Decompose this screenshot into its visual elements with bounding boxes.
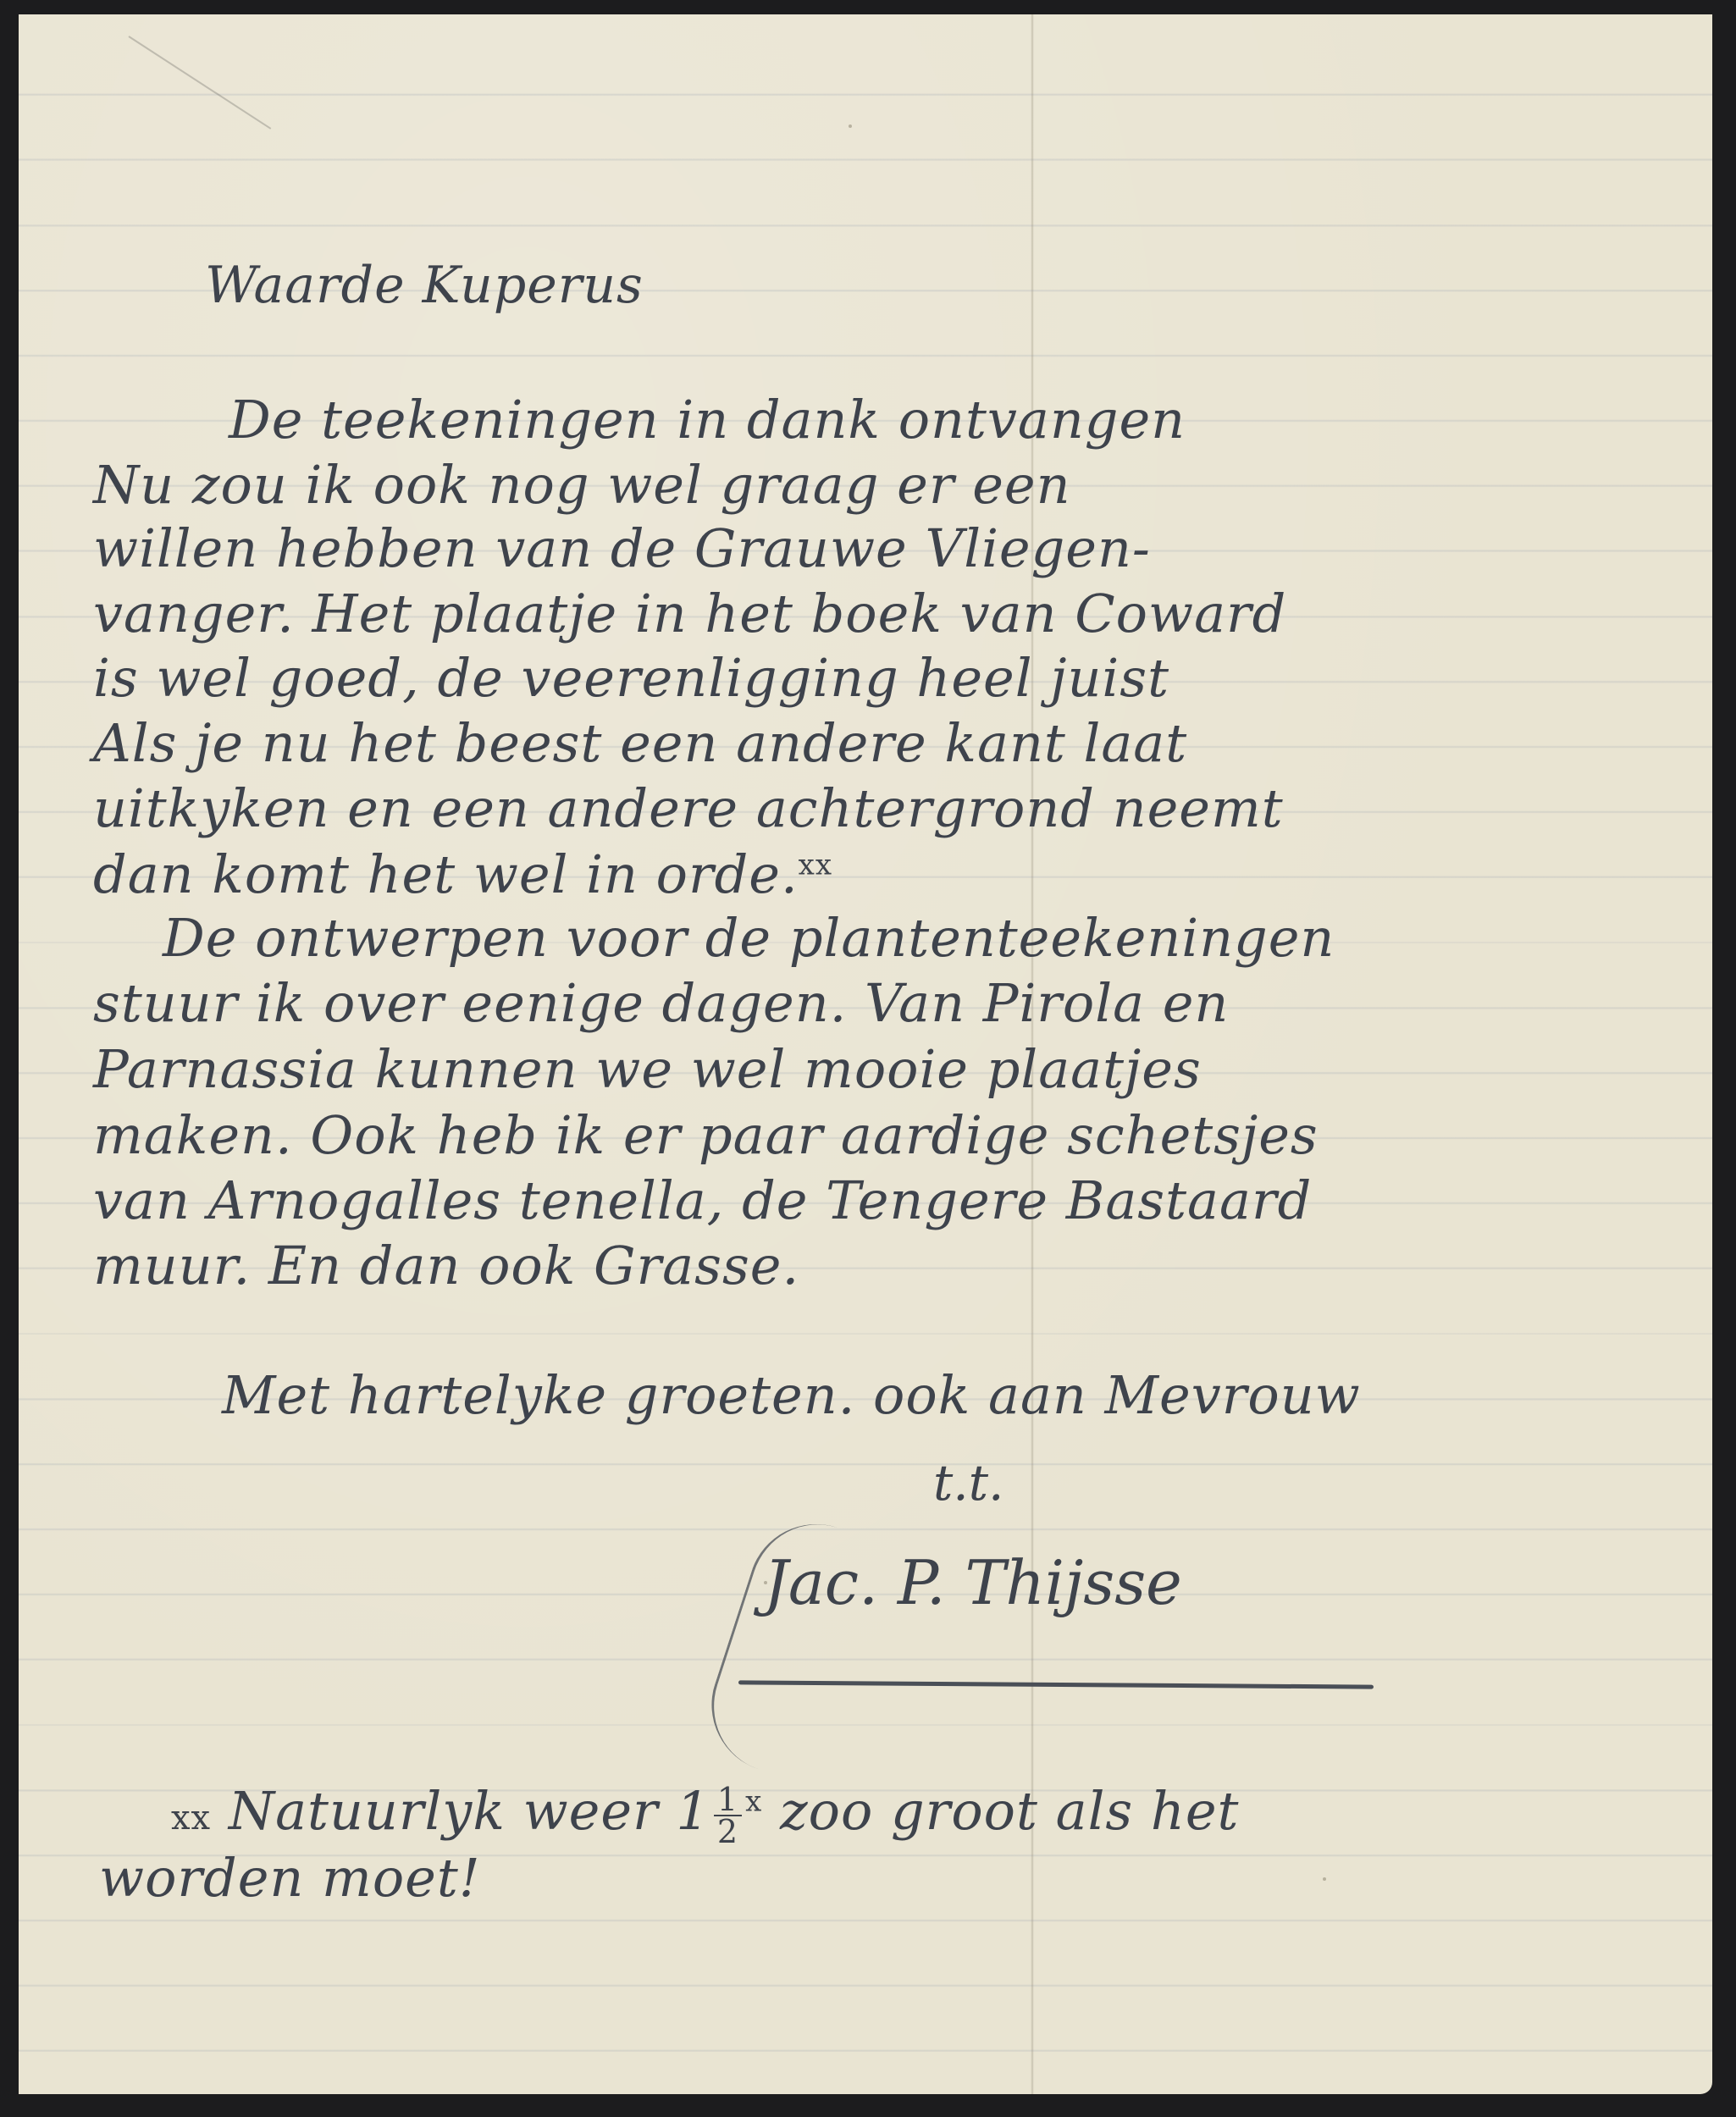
body-line: maken. Ook heb ik er paar aardige schets…: [93, 1109, 1319, 1162]
body-line: stuur ik over eenige dagen. Van Pirola e…: [93, 977, 1229, 1030]
body-line: uitkyken en een andere achtergrond neemt: [93, 782, 1284, 835]
body-line: Parnassia kunnen we wel mooie plaatjes: [93, 1043, 1202, 1096]
paper-speck: [1323, 1877, 1326, 1881]
body-line: van Arnogalles tenella, de Tengere Basta…: [93, 1175, 1312, 1227]
body-line: De ontwerpen voor de plantenteekeningen: [163, 912, 1335, 965]
body-line: Als je nu het beest een andere kant laat: [93, 717, 1187, 770]
body-line: Nu zou ik ook nog wel graag er een: [93, 459, 1071, 511]
footnote-fraction-whole: 1: [676, 1780, 710, 1842]
paper-crease: [128, 36, 271, 130]
footnote-marker: xx: [171, 1799, 211, 1838]
footnote-line: xx Natuurlyk weer 112x zoo groot als het: [171, 1784, 1239, 1847]
body-line: is wel goed, de veerenligging heel juist: [93, 652, 1169, 705]
footnote-fraction: 12: [714, 1784, 742, 1847]
signature-mark: t.t.: [933, 1454, 1004, 1512]
body-line: De teekeningen in dank ontvangen: [229, 394, 1186, 446]
letter-paper: Waarde Kuperus De teekeningen in dank on…: [19, 14, 1712, 2094]
footnote-times: x: [745, 1785, 762, 1819]
closing: Met hartelyke groeten. ook aan Mevrouw: [222, 1369, 1361, 1422]
footnote-text-after: zoo groot als het: [780, 1780, 1240, 1842]
body-line-text: dan komt het wel in orde.: [93, 843, 799, 905]
footnote-marker: xx: [799, 848, 832, 882]
salutation: Waarde Kuperus: [205, 260, 644, 311]
signature: Jac. P. Thijsse: [764, 1547, 1182, 1618]
footnote-line-2: worden moet!: [99, 1852, 481, 1904]
body-line: dan komt het wel in orde.xx: [93, 848, 832, 901]
body-line: willen hebben van de Grauwe Vliegen-: [93, 522, 1151, 575]
footnote-text-before: Natuurlyk weer: [229, 1780, 659, 1842]
body-line: muur. En dan ook Grasse.: [93, 1240, 799, 1292]
paper-speck: [849, 124, 852, 128]
body-line: vanger. Het plaatje in het boek van Cowa…: [93, 588, 1286, 640]
